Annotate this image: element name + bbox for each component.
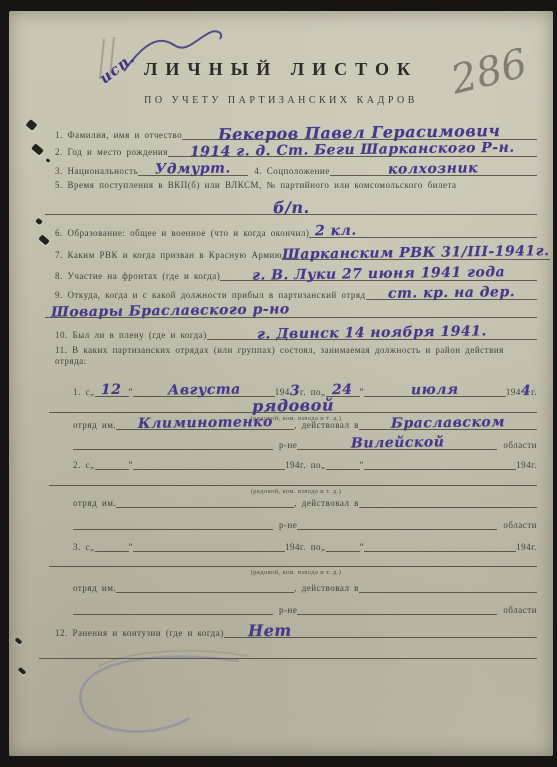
service-entry-1-region-row: р-не Вилейской области <box>73 432 537 450</box>
field-party-value: б/п. <box>273 202 310 215</box>
field-party: 5. Время поступления в ВКП(б) или ВЛКСМ,… <box>55 176 537 190</box>
service-entry-3-unit-row: отряд им. , действовал в <box>73 575 537 593</box>
ruled-line <box>297 614 497 615</box>
paper-tear <box>18 667 27 675</box>
rne-label: р-не <box>279 440 297 450</box>
field-arrival-label: 9. Откуда, когда и с какой должности при… <box>55 290 366 300</box>
field-rvk: 7. Каким РВК и когда призван в Красную А… <box>55 242 537 260</box>
ruled-line: колхозник <box>330 163 537 176</box>
ruled-line <box>116 592 294 593</box>
field-arrival: 9. Откуда, когда и с какой должности при… <box>55 282 537 300</box>
ruled-line: г. Двинск 14 ноября 1941. <box>207 327 537 340</box>
staple-hole <box>31 143 44 155</box>
field-captivity-value: г. Двинск 14 ноября 1941. <box>257 325 487 340</box>
field-fronts-label: 8. Участие на фронтах (где и когда) <box>55 271 220 281</box>
field-wounds: 12. Ранения и контузии (где и когда) Нет <box>55 620 537 638</box>
ruled-line: Нет <box>224 625 537 638</box>
entry-1-region: Вилейской <box>351 436 445 449</box>
ruled-line: Браславском <box>359 417 537 430</box>
service-entry-3-position-row <box>49 549 537 567</box>
ruled-line <box>49 485 537 486</box>
oblast-label: области <box>503 605 537 615</box>
ruled-line: 2 кл. <box>309 225 537 238</box>
oblast-label: области <box>503 440 537 450</box>
entry-1-acted-in: Браславском <box>391 416 505 430</box>
field-fronts: 8. Участие на фронтах (где и когда) г. В… <box>55 263 537 281</box>
service-entry-2-unit-row: отряд им. , действовал в <box>73 490 537 508</box>
staple-hole <box>38 234 50 245</box>
otryad-label: отряд им. <box>73 498 116 508</box>
field-party-value-row: б/п. <box>45 197 537 215</box>
entry-1-unit: Климинотенко <box>138 416 273 430</box>
ruled-line: Вилейской <box>297 437 497 450</box>
field-arrival-value: ст. кр. на дер. <box>388 286 515 300</box>
ruled-line <box>73 529 273 530</box>
staple-hole <box>25 119 37 131</box>
ruled-line: ст. кр. на дер. <box>366 287 537 300</box>
field-nationality-value: Удмурт. <box>155 162 231 175</box>
field-fronts-value: г. В. Луки 27 июня 1941 года <box>252 266 505 282</box>
field-rvk-value: Шарканским РВК 31/III-1941г. <box>282 245 550 261</box>
ruled-line <box>39 658 537 659</box>
field-party-label: 5. Время поступления в ВКП(б) или ВЛКСМ,… <box>55 180 457 190</box>
form-subtitle: ПО УЧЕТУ ПАРТИЗАНСКИХ КАДРОВ <box>9 95 553 106</box>
ruled-line <box>73 614 273 615</box>
acted-label: , действовал в <box>294 420 359 430</box>
ruled-line: б/п. <box>45 202 537 215</box>
paper-sheet: исп. 286 ЛИЧНЫЙ ЛИСТОК ПО УЧЕТУ ПАРТИЗАН… <box>9 11 553 756</box>
service-entry-1-position-row: рядовой <box>49 395 537 413</box>
field-social-label: 4. Соцположение <box>254 166 330 176</box>
field-wounds-value: Нет <box>248 625 292 638</box>
field-education-value: 2 кл. <box>315 225 357 238</box>
field-birth-label: 2. Год и место рождения <box>55 147 168 157</box>
field-birth-value: 1914 г. д. Ст. Беги Шарканского Р-н. <box>190 142 515 159</box>
paper-tear <box>15 637 23 645</box>
entry-1-position: рядовой <box>252 399 334 412</box>
field-units-label: 11. В каких партизанских отрядах (или гр… <box>55 345 537 367</box>
otryad-label: отряд им. <box>73 420 116 430</box>
blank-continuation-row <box>39 641 537 659</box>
rne-label: р-не <box>279 605 297 615</box>
staple-hole <box>35 218 43 226</box>
acted-label: , действовал в <box>294 498 359 508</box>
oblast-label: области <box>503 520 537 530</box>
field-captivity: 10. Был ли в плену (где и когда) г. Двин… <box>55 322 537 340</box>
ruled-line: Шарканским РВК 31/III-1941г. <box>282 247 549 260</box>
field-rvk-label: 7. Каким РВК и когда призван в Красную А… <box>55 250 282 260</box>
ruled-line: 1914 г. д. Ст. Беги Шарканского Р-н. <box>168 144 537 157</box>
field-nationality-label: 3. Национальность <box>55 166 138 176</box>
ruled-line <box>73 449 273 450</box>
field-arrival-value2: Шовары Браславского р-но <box>51 303 290 318</box>
ruled-line <box>116 507 294 508</box>
form-title: ЛИЧНЫЙ ЛИСТОК <box>9 59 553 80</box>
ruled-line <box>49 566 537 567</box>
ruled-line <box>297 529 497 530</box>
service-entry-1-unit-row: отряд им. Климинотенко , действовал в Бр… <box>73 412 537 430</box>
service-entry-2-position-row <box>49 468 537 486</box>
rne-label: р-не <box>279 520 297 530</box>
field-education-label: 6. Образование: общее и военное (что и к… <box>55 228 309 238</box>
ruled-line <box>359 507 537 508</box>
staple-hole <box>46 158 51 163</box>
ruled-line: Шовары Браславского р-но <box>45 305 537 318</box>
ruled-line: Удмурт. <box>138 163 248 176</box>
field-birth: 2. Год и место рождения 1914 г. д. Ст. Б… <box>55 139 537 157</box>
ruled-line: г. В. Луки 27 июня 1941 года <box>220 268 537 281</box>
field-surname: 1. Фамилия, имя и отчество Бекеров Павел… <box>55 122 537 140</box>
field-captivity-label: 10. Был ли в плену (где и когда) <box>55 330 207 340</box>
field-arrival-cont: Шовары Браславского р-но <box>45 300 537 318</box>
ruled-line <box>359 592 537 593</box>
field-wounds-label: 12. Ранения и контузии (где и когда) <box>55 628 224 638</box>
scanned-document: исп. 286 ЛИЧНЫЙ ЛИСТОК ПО УЧЕТУ ПАРТИЗАН… <box>0 0 557 767</box>
ruled-line: Климинотенко <box>116 417 294 430</box>
service-entry-3-region-row: р-не области <box>73 597 537 615</box>
otryad-label: отряд им. <box>73 583 116 593</box>
field-social-value: колхозник <box>388 162 478 175</box>
acted-label: , действовал в <box>294 583 359 593</box>
field-education: 6. Образование: общее и военное (что и к… <box>55 220 537 238</box>
service-entry-2-region-row: р-не области <box>73 512 537 530</box>
field-nationality-social: 3. Национальность Удмурт. 4. Соцположени… <box>55 158 537 176</box>
